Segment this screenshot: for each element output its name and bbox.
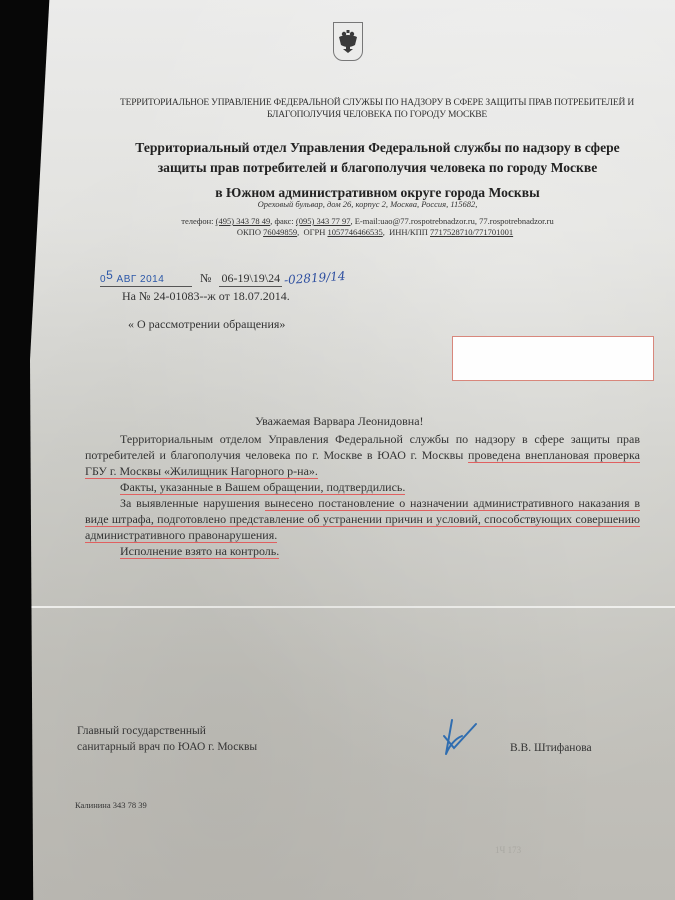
paragraph-3-text: За выявленные нарушения: [120, 496, 265, 510]
double-headed-eagle-icon: [337, 29, 359, 55]
handwritten-number: -02819/14: [284, 269, 346, 287]
date-stamp-month-year: АВГ 2014: [113, 274, 164, 285]
phone-number: (495) 343 78 49: [216, 216, 271, 226]
paper-fold-line: [30, 606, 675, 608]
paragraph-3: За выявленные нарушения вынесено постано…: [85, 495, 640, 543]
paragraph-1: Территориальным отделом Управления Федер…: [85, 431, 640, 479]
organization-ids: ОКПО 76049859, ОГРН 1057746466535, ИНН/К…: [180, 227, 570, 237]
date-stamp: 05 АВГ 2014: [100, 271, 192, 287]
fax-number: (095) 343 77 97: [296, 216, 351, 226]
paragraph-4-underlined: Исполнение взято на контроль.: [120, 544, 279, 559]
faint-mark: 1Ч 173: [495, 845, 521, 855]
number-label: №: [200, 271, 211, 286]
agency-header-line-2: БЛАГОПОЛУЧИЯ ЧЕЛОВЕКА ПО ГОРОДУ МОСКВЕ: [82, 109, 672, 121]
signatory-title: Главный государственный санитарный врач …: [77, 723, 257, 755]
agency-header: ТЕРРИТОРИАЛЬНОЕ УПРАВЛЕНИЕ ФЕДЕРАЛЬНОЙ С…: [82, 97, 672, 121]
agency-header-line-1: ТЕРРИТОРИАЛЬНОЕ УПРАВЛЕНИЕ ФЕДЕРАЛЬНОЙ С…: [82, 97, 672, 109]
russian-coat-of-arms-icon: [333, 22, 363, 61]
okpo-label: ОКПО: [237, 227, 261, 237]
date-stamp-day-sup: 5: [106, 268, 113, 282]
department-line-2: защиты прав потребителей и благополучия …: [90, 158, 665, 178]
inn-label: ИНН/КПП: [389, 227, 428, 237]
address: Ореховый бульвар, дом 26, корпус 2, Моск…: [140, 198, 595, 210]
department-line-1: Территориальный отдел Управления Федерал…: [90, 138, 665, 158]
reference-line: На № 24-01083--ж от 18.07.2014.: [122, 289, 290, 304]
ogrn-label: ОГРН: [303, 227, 325, 237]
email-text: , E-mail:uao@77.rospotrebnadzor.ru, 77.r…: [350, 216, 553, 226]
ogrn-value: 1057746466535: [328, 227, 383, 237]
department-title: Территориальный отдел Управления Федерал…: [90, 138, 665, 203]
fax-label: , факс:: [270, 216, 294, 226]
paragraph-2: Факты, указанные в Вашем обращении, подт…: [85, 479, 640, 495]
signature-icon: [440, 718, 490, 758]
contacts-line: телефон: (495) 343 78 49, факс: (095) 34…: [120, 215, 615, 227]
signatory-title-line-1: Главный государственный: [77, 723, 257, 739]
signatory-name: В.В. Штифанова: [510, 742, 592, 754]
inn-value: 7717528710/771701001: [430, 227, 513, 237]
greeting: Уважаемая Варвара Леонидовна!: [255, 414, 424, 429]
redacted-addressee-box: [452, 336, 654, 381]
okpo-value: 76049859: [263, 227, 297, 237]
paragraph-2-underlined: Факты, указанные в Вашем обращении, подт…: [120, 480, 405, 495]
registration-number: 06-19\19\24: [219, 271, 282, 287]
executor-contact: Калинина 343 78 39: [75, 800, 147, 810]
registration-line: 05 АВГ 2014 № 06-19\19\24 -02819/14: [100, 271, 346, 287]
signatory-title-line-2: санитарный врач по ЮАО г. Москвы: [77, 739, 257, 755]
paragraph-4: Исполнение взято на контроль.: [85, 543, 640, 559]
subject-line: « О рассмотрении обращения»: [128, 317, 285, 332]
phone-label: телефон:: [181, 216, 213, 226]
letter-body: Территориальным отделом Управления Федер…: [85, 431, 640, 559]
